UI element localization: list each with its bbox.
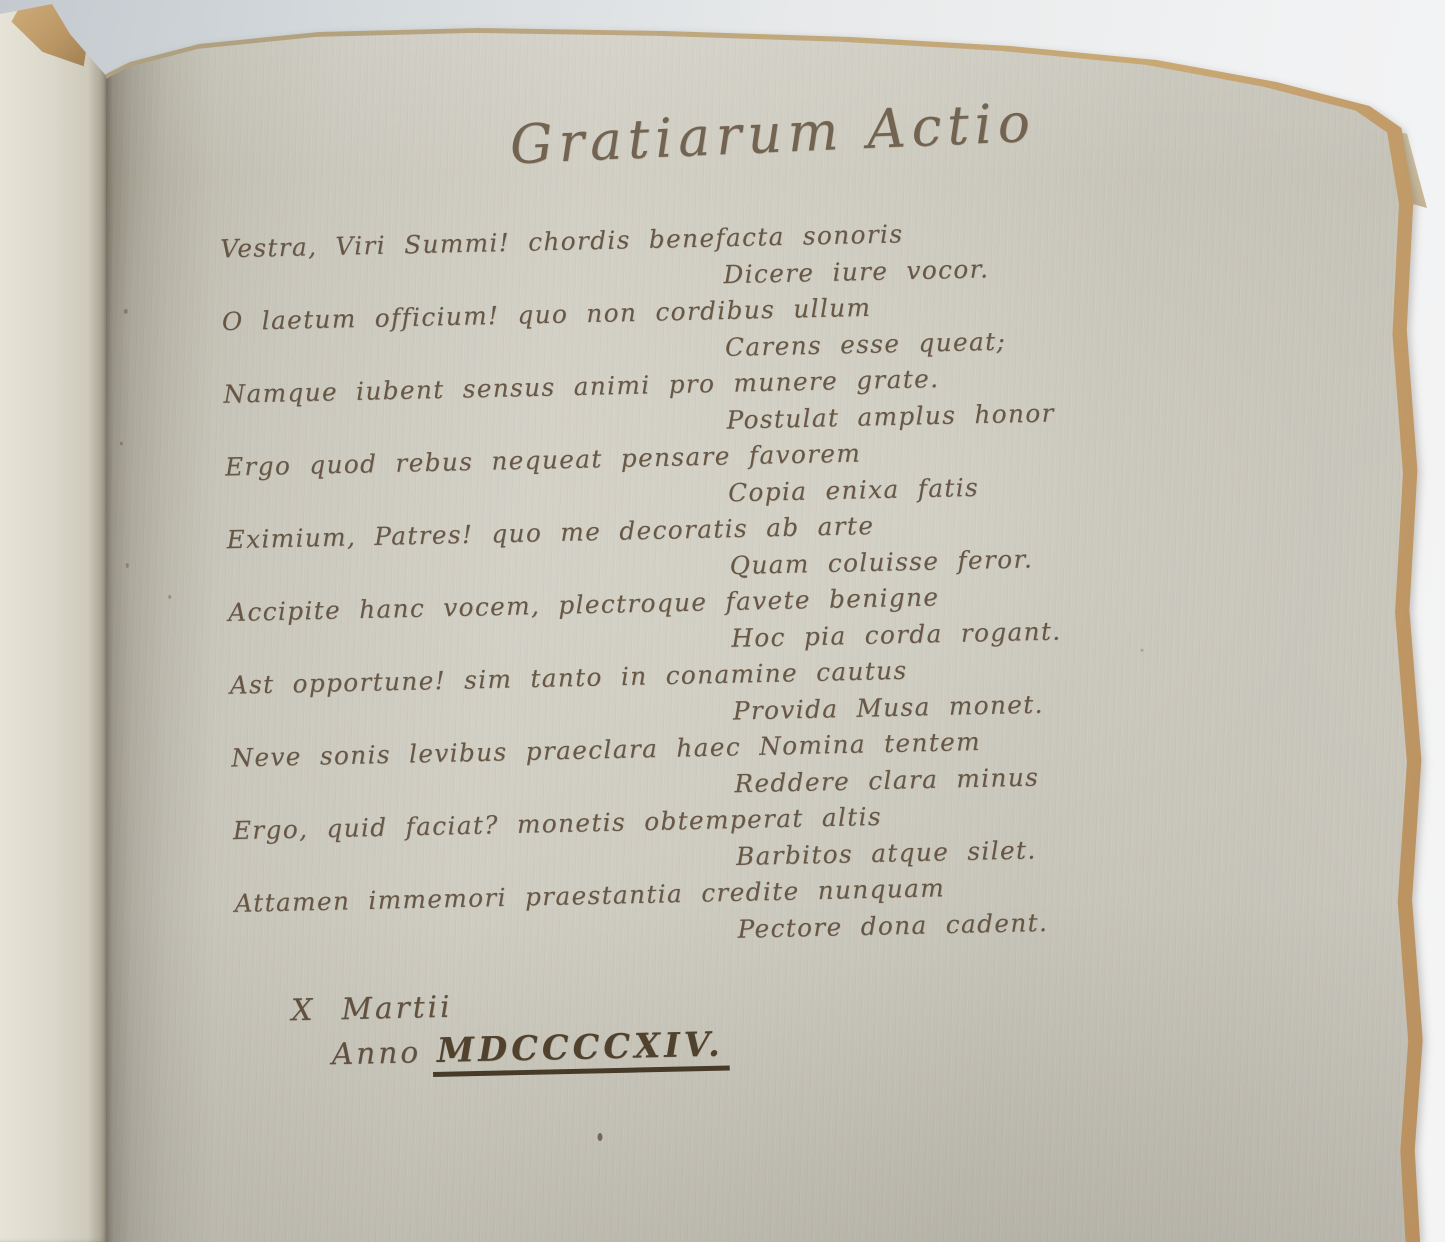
date-year: MDCCCCXIV. [433,1025,731,1077]
gutter-speck [120,441,123,445]
worn-leather-corner [8,0,94,72]
date-block: X Martii AnnoMDCCCCXIV. [236,969,1391,1075]
date-anno-label: Anno [331,1035,421,1072]
ink-speck [598,1133,603,1141]
manuscript-content: Gratiarum Actio Vestra, Viri Summi! chor… [215,0,1391,1075]
gutter-speck [126,563,129,568]
manuscript-page: Gratiarum Actio Vestra, Viri Summi! chor… [106,0,1436,1242]
page-title: Gratiarum Actio [509,76,1372,176]
photo-backdrop: Gratiarum Actio Vestra, Viri Summi! chor… [0,0,1445,1242]
poem: Vestra, Viri Summi! chordis benefacta so… [220,206,1389,959]
facing-page-edge [0,0,110,1242]
page-surface: Gratiarum Actio Vestra, Viri Summi! chor… [106,5,1421,1242]
paper-speck [168,595,171,599]
gutter-speck [124,309,128,314]
